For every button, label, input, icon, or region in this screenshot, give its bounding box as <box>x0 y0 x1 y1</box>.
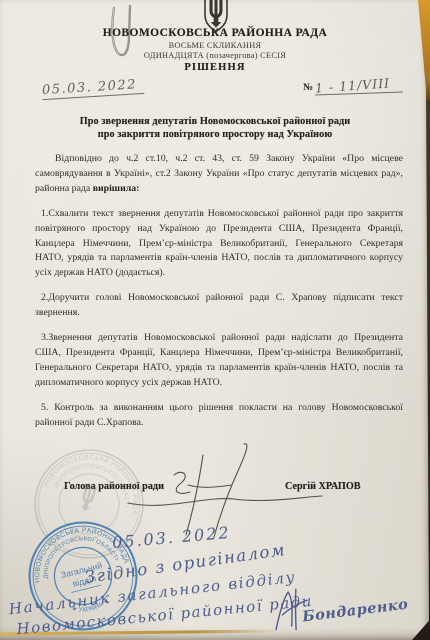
preamble-resolved-word: вирішила: <box>93 183 140 194</box>
org-name: НОВОМОСКОВСЬКА РАЙОННА РАДА <box>0 27 430 39</box>
doc-title-line2: про закриття повітряного простору над Ук… <box>0 129 430 140</box>
convocation-line: ВОСЬМЕ СКЛИКАННЯ <box>0 41 430 50</box>
doc-type-heading: РІШЕННЯ <box>0 62 430 73</box>
resolution-item-2: 2.Доручити голові Новомосковської районн… <box>35 291 403 321</box>
faint-stamp-trident-icon <box>79 484 97 512</box>
resolution-item-5: 5. Контроль за виконанням цього рішення … <box>35 401 403 431</box>
preamble-text: Відповідно до ч.2 ст.10, ч.2 ст. 43, ст.… <box>35 153 403 194</box>
doc-number-block: №1 - 11/VIII <box>303 77 413 95</box>
photo-of-document: НОВОМОСКОВСЬКА РАЙОННА РАДА ВОСЬМЕ СКЛИК… <box>0 0 430 640</box>
resolution-item-1: 1.Схвалити текст звернення депутатів Нов… <box>35 207 403 282</box>
number-label: № <box>303 82 313 93</box>
doc-title-line1: Про звернення депутатів Новомосковської … <box>0 116 430 127</box>
preamble-paragraph: Відповідно до ч.2 ст.10, ч.2 ст. 43, ст.… <box>35 152 403 197</box>
doc-body: Відповідно до ч.2 ст.10, ч.2 ст. 43, ст.… <box>35 152 403 441</box>
resolution-item-3: 3.Звернення депутатів Новомосковської ра… <box>35 331 403 391</box>
session-line: ОДИНАДЦЯТА (позачергова) СЕСІЯ <box>0 51 430 60</box>
